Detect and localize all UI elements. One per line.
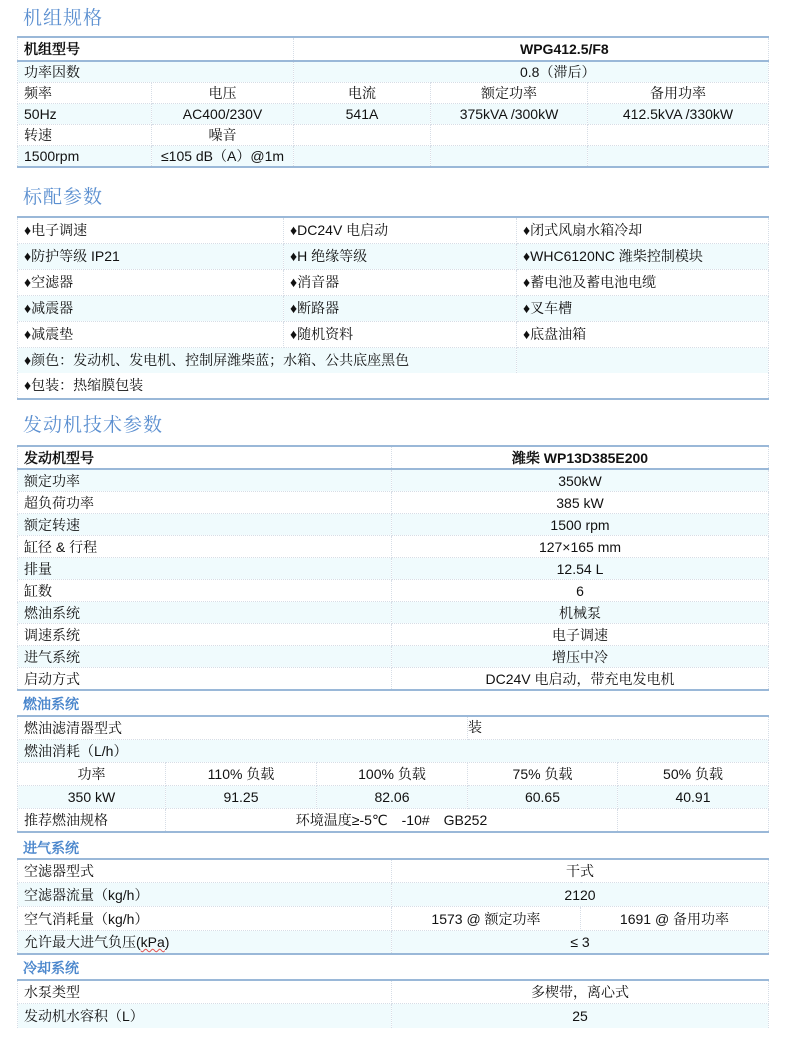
empty-cell (294, 146, 431, 168)
engine-model-value: 潍柴 WP13D385E200 (392, 446, 769, 469)
engine-param-label: 排量 (18, 558, 392, 580)
value-standby-power: 412.5kVA /330kW (588, 104, 769, 125)
engine-param-label: 启动方式 (18, 668, 392, 691)
header-frequency: 频率 (18, 83, 152, 104)
empty-cell (517, 347, 769, 373)
fuel-header-power: 功率 (18, 763, 166, 786)
engine-param-value: 6 (392, 580, 769, 602)
engine-param-value: 电子调速 (392, 624, 769, 646)
intake-filter-type-value: 干式 (392, 859, 769, 883)
header-voltage: 电压 (152, 83, 294, 104)
intake-flow-label: 空滤器流量（kg/h） (18, 883, 392, 907)
fuel-consumption-label: 燃油消耗（L/h） (18, 740, 769, 763)
unit-model-label: 机组型号 (18, 37, 294, 61)
engine-param-value: 机械泵 (392, 602, 769, 624)
section-title-unit-spec: 机组规格 (23, 3, 103, 30)
engine-param-value: 127×165 mm (392, 536, 769, 558)
empty-cell (588, 146, 769, 168)
fuel-header-75: 75% 负载 (468, 763, 618, 786)
engine-table: 发动机型号 潍柴 WP13D385E200 额定功率350kW 超负荷功率385… (17, 445, 769, 691)
air-consumption-standby: 1691 @ 备用功率 (581, 907, 769, 931)
cooling-table: 水泵类型 多楔带，离心式 发动机水容积（L） 25 (17, 979, 769, 1028)
water-volume-value: 25 (392, 1004, 769, 1029)
std-item: ♦DC24V 电启动 (284, 217, 517, 243)
section-title-intake: 进气系统 (23, 838, 79, 858)
engine-param-value: 增压中冷 (392, 646, 769, 668)
engine-param-label: 缸数 (18, 580, 392, 602)
engine-param-label: 缸径 & 行程 (18, 536, 392, 558)
power-factor-label: 功率因数 (18, 61, 294, 83)
header-noise: 噪音 (152, 125, 294, 146)
std-item: ♦闭式风扇水箱冷却 (517, 217, 769, 243)
value-speed: 1500rpm (18, 146, 152, 168)
value-noise: ≤105 dB（A）@1m (152, 146, 294, 168)
header-standby-power: 备用功率 (588, 83, 769, 104)
std-item: ♦叉车槽 (517, 295, 769, 321)
value-rated-power: 375kVA /300kW (431, 104, 588, 125)
fuel-value-100: 82.06 (317, 786, 468, 809)
engine-param-value: DC24V 电启动，带充电发电机 (392, 668, 769, 691)
engine-param-value: 385 kW (392, 492, 769, 514)
fuel-value-50: 40.91 (618, 786, 769, 809)
header-current: 电流 (294, 83, 431, 104)
color-note: ♦颜色：发动机、发电机、控制屏潍柴蓝；水箱、公共底座黑色 (18, 347, 517, 373)
intake-filter-type-label: 空滤器型式 (18, 859, 392, 883)
std-item: ♦减震器 (18, 295, 284, 321)
fuel-header-50: 50% 负载 (618, 763, 769, 786)
header-rated-power: 额定功率 (431, 83, 588, 104)
empty-cell (431, 146, 588, 168)
section-title-cooling: 冷却系统 (23, 958, 79, 978)
std-item: ♦WHC6120NC 潍柴控制模块 (517, 243, 769, 269)
std-item: ♦断路器 (284, 295, 517, 321)
max-intake-vacuum-label: 允许最大进气负压(kPa) (18, 931, 392, 955)
air-consumption-label: 空气消耗量（kg/h） (18, 907, 392, 931)
engine-param-label: 超负荷功率 (18, 492, 392, 514)
intake-table: 空滤器型式 干式 空滤器流量（kg/h） 2120 空气消耗量（kg/h） 15… (17, 858, 769, 955)
value-voltage: AC400/230V (152, 104, 294, 125)
fuel-filter-value: 双燃滤，旋装 (468, 716, 769, 740)
std-item: ♦随机资料 (284, 321, 517, 347)
fuel-header-100: 100% 负载 (317, 763, 468, 786)
empty-cell (431, 125, 588, 146)
engine-param-value: 1500 rpm (392, 514, 769, 536)
spellcheck-underline: kPa (141, 934, 165, 950)
std-item: ♦H 绝缘等级 (284, 243, 517, 269)
engine-param-value: 350kW (392, 469, 769, 492)
fuel-filter-label: 燃油滤清器型式 (18, 716, 468, 740)
header-speed: 转速 (18, 125, 152, 146)
empty-cell (294, 125, 431, 146)
std-item: ♦防护等级 IP21 (18, 243, 284, 269)
engine-param-label: 进气系统 (18, 646, 392, 668)
fuel-value-75: 60.65 (468, 786, 618, 809)
intake-flow-value: 2120 (392, 883, 769, 907)
unit-spec-table: 机组型号 WPG412.5/F8 功率因数 0.8（滞后） 频率 电压 电流 额… (17, 36, 769, 168)
std-item: ♦底盘油箱 (517, 321, 769, 347)
std-item: ♦电子调速 (18, 217, 284, 243)
engine-param-label: 额定功率 (18, 469, 392, 492)
air-consumption-rated: 1573 @ 额定功率 (392, 907, 581, 931)
section-title-engine: 发动机技术参数 (23, 410, 163, 437)
fuel-value-110: 91.25 (166, 786, 317, 809)
unit-model-value: WPG412.5/F8 (294, 37, 769, 61)
value-current: 541A (294, 104, 431, 125)
max-intake-vacuum-value: ≤ 3 (392, 931, 769, 955)
fuel-value-power: 350 kW (18, 786, 166, 809)
std-item: ♦减震垫 (18, 321, 284, 347)
std-item: ♦消音器 (284, 269, 517, 295)
fuel-spec-value: 环境温度≥-5℃ -10# GB252 (166, 809, 618, 833)
empty-cell (618, 809, 769, 833)
power-factor-value: 0.8（滞后） (294, 61, 769, 83)
standard-config-table: ♦电子调速 ♦DC24V 电启动 ♦闭式风扇水箱冷却 ♦防护等级 IP21 ♦H… (17, 216, 769, 400)
fuel-table: 燃油滤清器型式 双燃滤，旋装 燃油消耗（L/h） 功率 110% 负载 100%… (17, 715, 769, 833)
empty-cell (588, 125, 769, 146)
value-frequency: 50Hz (18, 104, 152, 125)
section-title-standard: 标配参数 (23, 182, 103, 209)
engine-param-label: 燃油系统 (18, 602, 392, 624)
engine-param-label: 额定转速 (18, 514, 392, 536)
water-pump-value: 多楔带，离心式 (392, 980, 769, 1004)
fuel-spec-label: 推荐燃油规格 (18, 809, 166, 833)
engine-param-label: 调速系统 (18, 624, 392, 646)
fuel-header-110: 110% 负载 (166, 763, 317, 786)
std-item: ♦空滤器 (18, 269, 284, 295)
packing-note: ♦包装：热缩膜包装 (18, 373, 769, 399)
std-item: ♦蓄电池及蓄电池电缆 (517, 269, 769, 295)
engine-model-label: 发动机型号 (18, 446, 392, 469)
section-title-fuel: 燃油系统 (23, 694, 79, 714)
water-volume-label: 发动机水容积（L） (18, 1004, 392, 1029)
engine-param-value: 12.54 L (392, 558, 769, 580)
water-pump-label: 水泵类型 (18, 980, 392, 1004)
